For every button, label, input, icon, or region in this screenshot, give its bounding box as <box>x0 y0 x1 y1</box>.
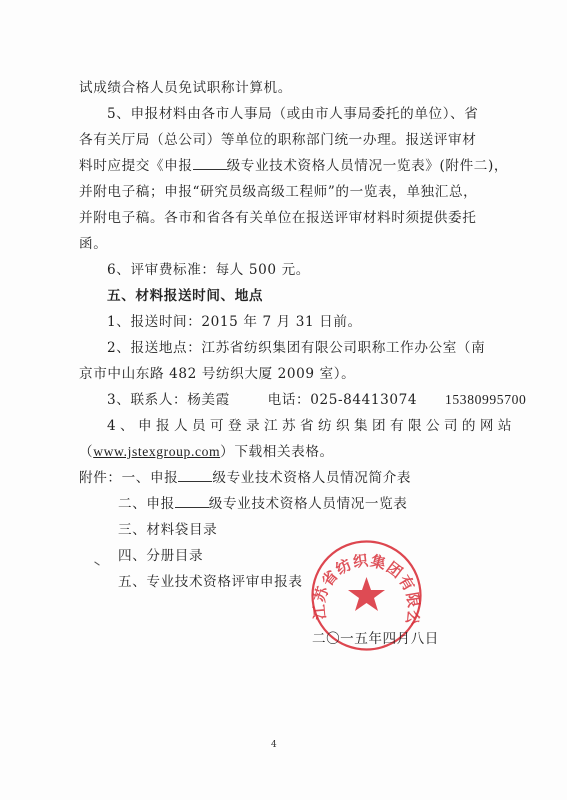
document-date: 二〇一五年四月八日 <box>312 629 439 649</box>
contact-line: 3、联系人：杨美霞 电话：025-84413074 15380995700 <box>107 390 526 410</box>
text-line: 2、报送地点：江苏省纺织集团有限公司职称工作办公室（南 <box>107 338 485 358</box>
text-line: 5、申报材料由各市人事局（或由市人事局委托的单位）、省 <box>107 104 478 124</box>
text-line: 并附电子稿。各市和省各有关单位在报送评审材料时须提供委托 <box>79 208 476 228</box>
section-heading: 五、材料报送时间、地点 <box>107 286 263 306</box>
website-link[interactable]: www.jstexgroup.com <box>93 444 220 459</box>
text-line: 4、申报人员可登录江苏省纺织集团有限公司的网站 <box>107 416 516 436</box>
attachment-item: 二、申报 <box>118 496 175 512</box>
page-number: 4 <box>271 740 277 750</box>
document-page: 试成绩合格人员免试职称计算机。 5、申报材料由各市人事局（或由市人事局委托的单位… <box>0 0 567 800</box>
fill-in-blank <box>175 495 209 508</box>
text-line: 函。 <box>79 234 107 254</box>
text-line: 各有关厅局（总公司）等单位的职称部门统一办理。报送评审材 <box>79 130 476 150</box>
text-line: 试成绩合格人员免试职称计算机。 <box>79 78 292 98</box>
attachment-line: 二、申报级专业技术资格人员情况一览表 <box>118 494 408 514</box>
text-line: 京市中山东路 482 号纺织大厦 2009 室）。 <box>79 364 355 384</box>
stray-mark <box>94 561 99 565</box>
contact-phone: 电话：025-84413074 <box>268 392 418 408</box>
text-line: 料时应提交《申报级专业技术资格人员情况一览表》(附件二)， <box>79 156 508 176</box>
text-segment: 级专业技术资格人员情况一览表》(附件二)， <box>227 158 509 174</box>
text-line: （www.jstexgroup.com）下载相关表格。 <box>79 442 334 462</box>
attachment-item: 级专业技术资格人员情况简介表 <box>212 470 411 486</box>
text-segment: （ <box>79 444 93 460</box>
contact-mobile: 15380995700 <box>445 392 526 407</box>
attachment-line: 五、专业技术资格评审申报表 <box>118 572 303 592</box>
attachment-line: 附件：一、申报级专业技术资格人员情况简介表 <box>79 468 411 488</box>
attachment-line: 三、材料袋目录 <box>118 520 217 540</box>
text-line: 并附电子稿；申报“研究员级高级工程师”的一览表，单独汇总， <box>79 182 477 202</box>
attachment-item: 一、申报 <box>122 470 179 486</box>
fill-in-blank <box>193 157 227 170</box>
text-segment: 料时应提交《申报 <box>79 158 193 174</box>
attachments-label: 附件： <box>79 470 122 486</box>
text-line: 1、报送时间：2015 年 7 月 31 日前。 <box>107 312 362 332</box>
attachment-line: 四、分册目录 <box>118 546 203 566</box>
text-line: 6、评审费标准：每人 500 元。 <box>107 260 310 280</box>
attachment-item: 级专业技术资格人员情况一览表 <box>209 496 408 512</box>
contact-person: 3、联系人：杨美霞 <box>107 392 230 408</box>
text-segment: ）下载相关表格。 <box>220 444 334 460</box>
fill-in-blank <box>178 469 212 482</box>
